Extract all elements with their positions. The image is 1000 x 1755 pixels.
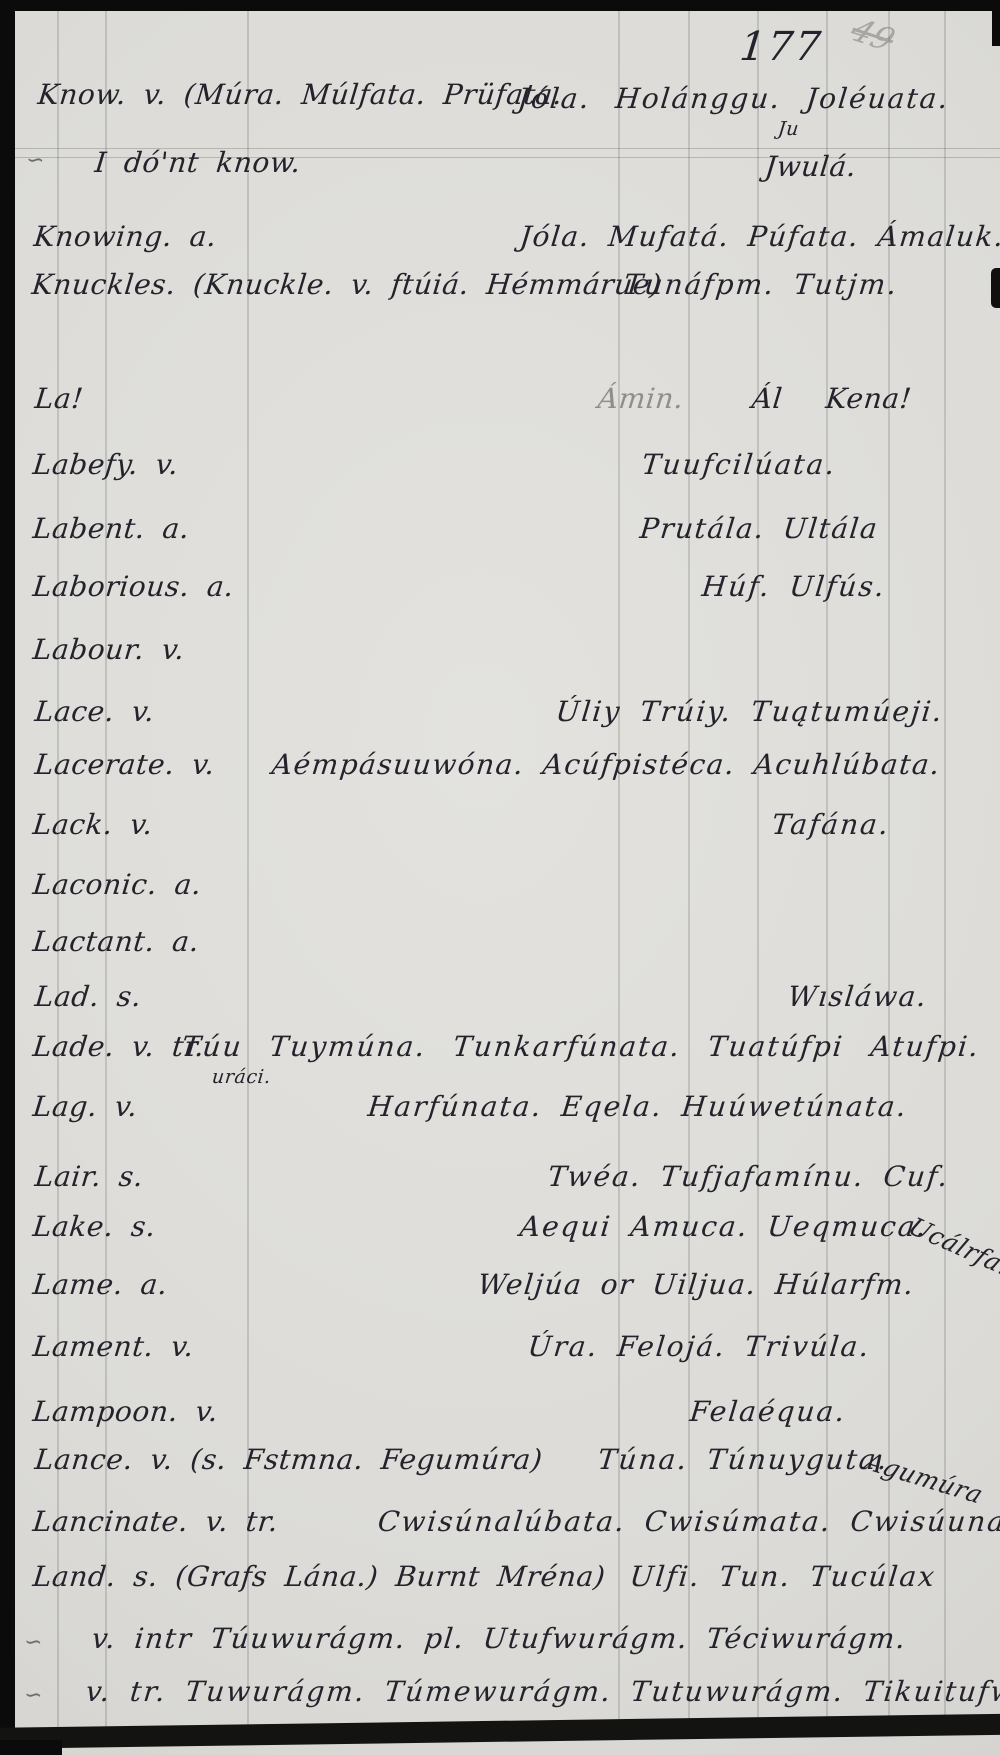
entry-lag: Lag. v. Harfúnata. Eqela. Huúwetúnata.: [0, 1090, 1000, 1134]
entry-headword: Lace. v.: [33, 695, 156, 728]
entry-knuckles: Knuckles. (Knuckle. v. ftúiá. Hémmárue) …: [0, 268, 1000, 312]
entry-headword: Lack. v.: [31, 808, 154, 841]
entry-translation: Weljúa or Uiljua. Húlarfm.: [476, 1268, 916, 1301]
entry-dont-know: ∽ I dó'nt know. Ju Jwulá.: [0, 140, 1000, 184]
scan-edge-right-mark: [991, 268, 1000, 308]
entry-lame: Lame. a. Weljúa or Uiljua. Húlarfm.: [0, 1268, 1000, 1312]
entry-land-v-tr: ∽ v. tr. Tuwurágm. Túmewurágm. Tutuwurág…: [0, 1675, 1000, 1719]
manuscript-page: 177 49 Know. v. (Múra. Múlfata. Prüfata.…: [0, 0, 1000, 1755]
edge-overflow-word: Agumúra: [861, 1447, 988, 1509]
margin-tilde-mark: ∽: [23, 1630, 45, 1655]
entry-translation: Jwulá.: [763, 150, 858, 183]
entry-land-v-intr: ∽ v. intr Túuwurágm. pl. Utufwurágm. Téc…: [0, 1622, 1000, 1666]
entry-translation: Túu Tuymúna. Tunkarfúnata. Tuatúfpi Atuf…: [180, 1030, 981, 1063]
entry-headword: Lament. v.: [31, 1330, 195, 1363]
entry-translation: Ál Kena!: [750, 382, 913, 415]
entry-translation: Twéa. Tufjafamínu. Cuf.: [546, 1160, 951, 1193]
entry-translation: Jóla. Mufatá. Púfata. Ámaluk.: [518, 220, 1000, 253]
flourish: Ju: [777, 118, 800, 140]
entry-headword: Labefy. v.: [31, 448, 180, 481]
corner-scribble: 49: [844, 11, 902, 58]
entry-lacerate: Lacerate. v. Aémpásuuwóna. Acúfpistéca. …: [0, 748, 1000, 792]
entry-translation: Felaéqua.: [688, 1395, 848, 1428]
entry-translation: Húf. Ulfús.: [700, 570, 887, 603]
page-number: 177: [738, 24, 825, 70]
entry-translation: Cwisúnalúbata. Cwisúmata. Cwisúuna.: [376, 1505, 1000, 1538]
entry-lance: Lance. v. (s. Fstmna. Fegumúra) Túna. Tú…: [0, 1443, 1000, 1487]
entry-headword: Lame. a.: [31, 1268, 169, 1301]
entry-translation: Úra. Felojá. Trivúla.: [526, 1330, 872, 1363]
entry-translation: Túna. Túnuyguta.: [596, 1443, 890, 1476]
entry-headword: Labent. a.: [31, 512, 191, 545]
entry-laborious: Laborious. a. Húf. Ulfús.: [0, 570, 1000, 614]
entry-lade: Lade. v. tr. Túu Tuymúna. Tunkarfúnata. …: [0, 1030, 1000, 1074]
entry-translation: Úliy Trúiy. Tuątumúeji.: [554, 695, 945, 728]
scan-edge-top: [0, 0, 1000, 11]
margin-tilde-mark: ∽: [25, 148, 47, 173]
scan-edge-right-top: [992, 0, 1000, 46]
entry-translation: Aémpásuuwóna. Acúfpistéca. Acuhlúbata.: [270, 748, 942, 781]
entry-lactant: Lactant. a.: [0, 925, 1000, 969]
entry-headword: Lactant. a.: [31, 925, 201, 958]
entry-translation: Ulfi. Tun. Tucúlax: [628, 1560, 938, 1593]
entry-labour: Labour. v.: [0, 633, 1000, 677]
entry-headword: v. tr. Tuwurágm. Túmewurágm. Tutuwurágm.…: [84, 1675, 1000, 1708]
entry-headword: v. intr Túuwurágm. pl. Utufwurágm. Téciw…: [90, 1622, 908, 1655]
entry-headword: Land. s. (Grafs Lána.) Burnt Mréna): [31, 1560, 607, 1593]
entry-headword: Lance. v. (s. Fstmna. Fegumúra): [33, 1443, 544, 1476]
entry-lair: Lair. s. Twéa. Tufjafamínu. Cuf.: [0, 1160, 1000, 1204]
entry-translation: Prutála. Ultála: [638, 512, 880, 545]
scan-corner-bottom-left: [0, 1740, 62, 1755]
entry-lament: Lament. v. Úra. Felojá. Trivúla.: [0, 1330, 1000, 1374]
entry-headword: Lair. s.: [33, 1160, 145, 1193]
entry-lancinate: Lancinate. v. tr. Cwisúnalúbata. Cwisúma…: [0, 1505, 1000, 1549]
entry-labefy: Labefy. v. Tuufcilúata.: [0, 448, 1000, 492]
entry-knowing: Knowing. a. Jóla. Mufatá. Púfata. Ámaluk…: [0, 220, 1000, 264]
entry-translation: Aequi Amuca. Ueqmuca.: [518, 1210, 929, 1243]
pencil-annotation: Ámin.: [596, 382, 685, 415]
entry-headword: Laborious. a.: [31, 570, 235, 603]
entry-headword: Knuckles. (Knuckle. v. ftúiá. Hémmárue): [30, 268, 663, 301]
entry-translation: Tunáfpm. Tutjm.: [622, 268, 900, 301]
entry-laconic: Laconic. a.: [0, 868, 1000, 912]
entry-translation: Tuufcilúata.: [640, 448, 838, 481]
entry-lad: Lad. s. Wısláwa.: [0, 980, 1000, 1024]
margin-tilde-mark: ∽: [23, 1683, 45, 1708]
entry-headword: Know. v. (Múra. Múlfata. Prüfata.: [36, 78, 564, 111]
entry-headword: Lag. v.: [31, 1090, 139, 1123]
entry-land: Land. s. (Grafs Lána.) Burnt Mréna) Ulfi…: [0, 1560, 1000, 1604]
entry-la: La! Ámin. Ál Kena!: [0, 382, 1000, 426]
entry-headword: Labour. v.: [31, 633, 186, 666]
entry-labent: Labent. a. Prutála. Ultála: [0, 512, 1000, 556]
interline-insertion: uráci.: [211, 1066, 272, 1088]
entry-headword: Lancinate. v. tr.: [31, 1505, 280, 1538]
entry-know: Know. v. (Múra. Múlfata. Prüfata. Jóla. …: [0, 78, 1000, 122]
entry-lake: Lake. s. Aequi Amuca. Ueqmuca. Ucálrfa.: [0, 1210, 1000, 1254]
entry-translation: Jóla. Holánggu. Joléuata.: [516, 82, 951, 115]
entry-headword: Knowing. a.: [32, 220, 218, 253]
entry-lace: Lace. v. Úliy Trúiy. Tuątumúeji.: [0, 695, 1000, 739]
entry-translation: Tafána.: [770, 808, 891, 841]
entry-headword: La!: [33, 382, 85, 415]
entry-lampoon: Lampoon. v. Felaéqua.: [0, 1395, 1000, 1439]
entry-headword: Lad. s.: [33, 980, 143, 1013]
entry-headword: I dó'nt know.: [93, 146, 302, 179]
entry-headword: Laconic. a.: [31, 868, 203, 901]
entry-headword: Lacerate. v.: [33, 748, 216, 781]
entry-translation: Wısláwa.: [786, 980, 929, 1013]
entry-headword: Lampoon. v.: [31, 1395, 220, 1428]
entry-lack: Lack. v. Tafána.: [0, 808, 1000, 852]
entry-translation: Harfúnata. Eqela. Huúwetúnata.: [366, 1090, 909, 1123]
scan-edge-left: [0, 0, 15, 1748]
entry-headword: Lake. s.: [31, 1210, 157, 1243]
